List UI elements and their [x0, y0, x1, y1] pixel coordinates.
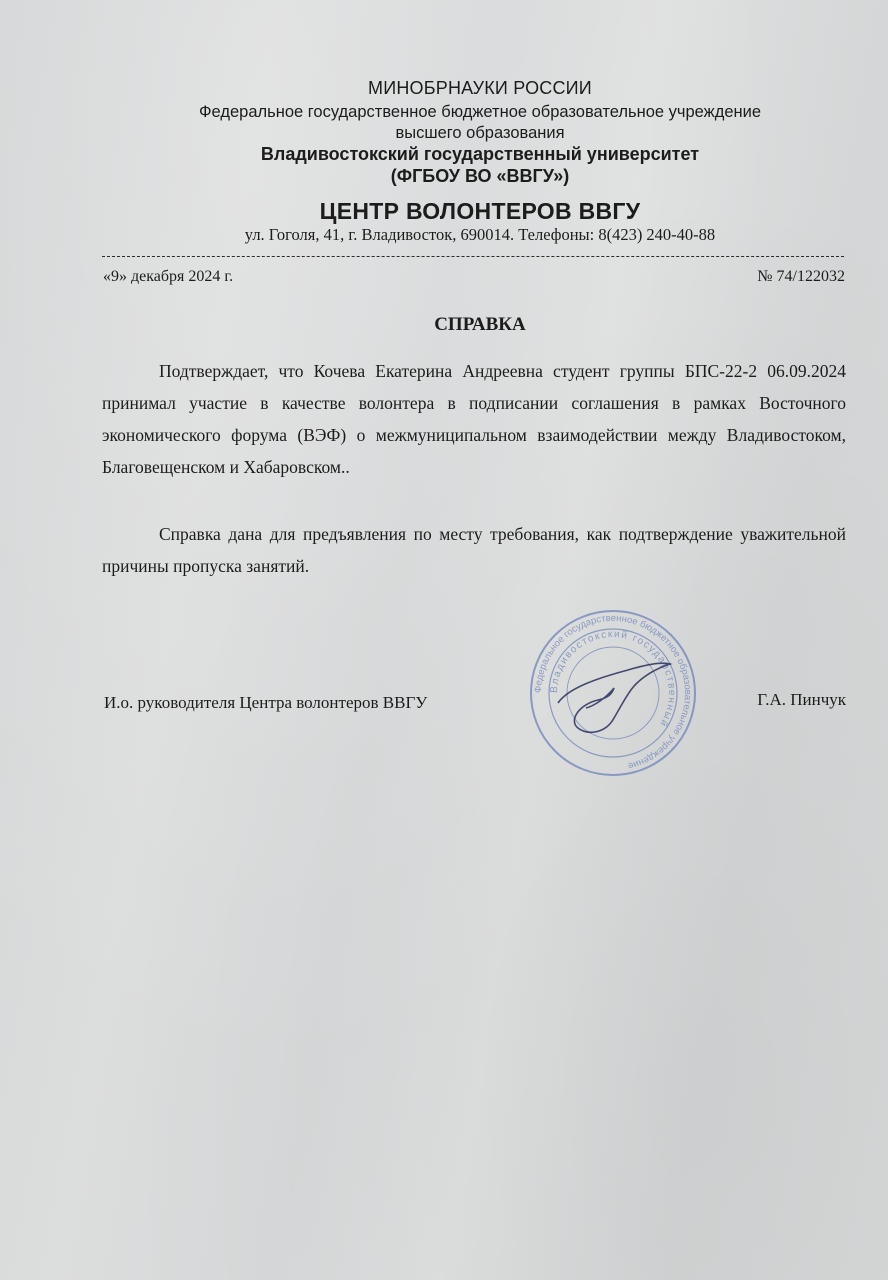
body-paragraph: Справка дана для предъявления по месту т…: [102, 518, 846, 582]
header-divider: [102, 256, 844, 257]
paper-background: [0, 0, 888, 1280]
official-stamp-icon: Федеральное государственное бюджетное об…: [528, 608, 698, 778]
contact-address: ул. Гоголя, 41, г. Владивосток, 690014. …: [100, 225, 860, 245]
handwritten-signature: [558, 663, 670, 732]
university-abbr: (ФГБОУ ВО «ВВГУ»): [100, 166, 860, 187]
signatory-role: И.о. руководителя Центра волонтеров ВВГУ: [104, 693, 427, 713]
institution-type: Федеральное государственное бюджетное об…: [100, 103, 860, 122]
department-name: ЦЕНТР ВОЛОНТЕРОВ ВВГУ: [100, 198, 860, 225]
document-title: СПРАВКА: [100, 314, 860, 336]
stamp-inner-text: Владивостокский государственный: [549, 629, 677, 729]
institution-type-cont: высшего образования: [100, 124, 860, 143]
document-date: «9» декабря 2024 г.: [103, 268, 233, 286]
ministry-name: МИНОБРНАУКИ РОССИИ: [100, 78, 860, 99]
university-name: Владивостокский государственный универси…: [100, 144, 860, 165]
document-number: № 74/122032: [757, 268, 845, 286]
signatory-name: Г.А. Пинчук: [757, 690, 846, 710]
body-paragraph: Подтверждает, что Кочева Екатерина Андре…: [102, 355, 846, 483]
